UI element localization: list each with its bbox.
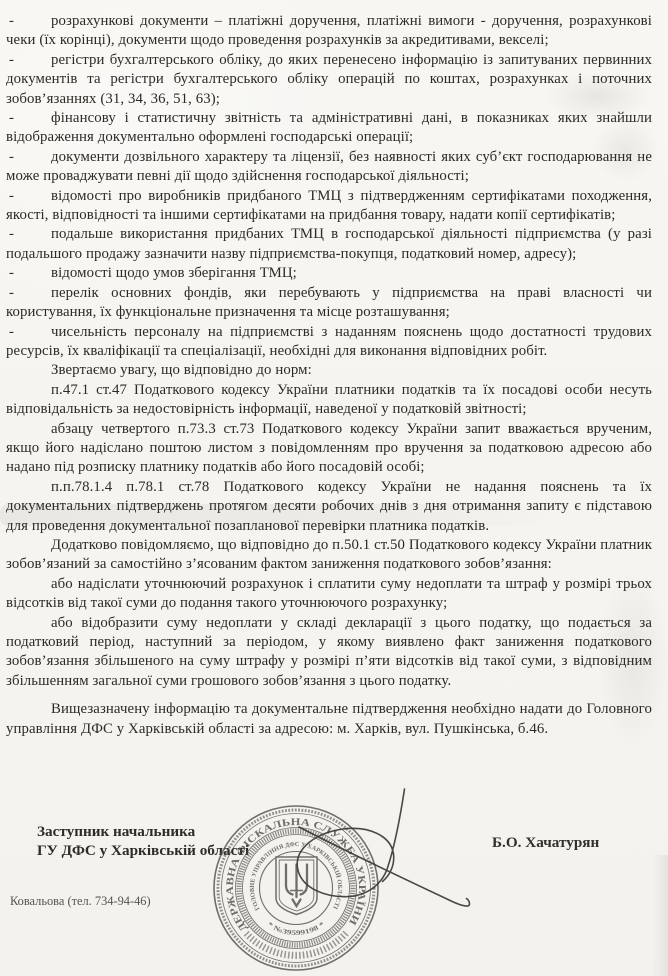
bullet-text: подальше використання придбаних ТМЦ в го… — [6, 226, 652, 261]
bullet-text: перелік основних фондів, яки перебувають… — [6, 285, 652, 320]
letter-body: -розрахункові документи – платіжні доруч… — [6, 12, 652, 739]
bullet-item: -фінансову і статистичну звітність та ад… — [6, 109, 652, 148]
tryzub-emblem-icon — [276, 857, 317, 915]
stamp-bottom-ornament — [246, 933, 346, 955]
bullet-dash: - — [9, 225, 14, 244]
scanned-letter-page: -розрахункові документи – платіжні доруч… — [0, 0, 668, 976]
bullet-dash: - — [9, 109, 14, 128]
bullet-dash: - — [9, 187, 14, 206]
bullet-text: документи дозвільного характеру та ліцен… — [6, 149, 652, 184]
bullet-item: -документи дозвільного характеру та ліце… — [6, 148, 652, 187]
paragraph: або відобразити суму недоплати у складі … — [6, 614, 652, 692]
bullet-item: -розрахункові документи – платіжні доруч… — [6, 12, 652, 51]
paragraph: абзацу четвертого п.73.3 ст.73 Податково… — [6, 420, 652, 478]
scan-edge-shadow — [652, 855, 668, 976]
bullet-text: відомості щодо умов зберігання ТМЦ; — [51, 265, 297, 281]
signer-title-line2: ГУ ДФС у Харківській області — [37, 842, 249, 861]
bullet-dash: - — [9, 148, 14, 167]
bullet-dash: - — [9, 51, 14, 70]
bullet-item: -подальше використання придбаних ТМЦ в г… — [6, 225, 652, 264]
contact-note: Ковальова (тел. 734-94-46) — [10, 894, 151, 909]
signer-title-line1: Заступник начальника — [37, 823, 249, 842]
bullet-dash: - — [9, 264, 14, 283]
bullet-text: чисельність персоналу на підприємстві з … — [6, 324, 652, 359]
closing-paragraph: Вищезазначену інформацію та документальн… — [6, 700, 652, 739]
bullet-item: -відомості про виробників придбаного ТМЦ… — [6, 187, 652, 226]
bullet-text: регістри бухгалтерського обліку, до яких… — [6, 52, 652, 107]
bullet-dash: - — [9, 284, 14, 303]
paragraph: Додатково повідомляємо, що відповідно до… — [6, 536, 652, 575]
bullet-item: -регістри бухгалтерського обліку, до яки… — [6, 51, 652, 109]
bullet-dash: - — [9, 12, 14, 31]
handwritten-signature — [297, 789, 469, 906]
stamp-inner-ring-text: ГОЛОВНЕ УПРАВЛІННЯ ДФС У ХАРКІВСЬКІЙ ОБЛ… — [249, 841, 343, 911]
signer-title: Заступник начальника ГУ ДФС у Харківські… — [37, 823, 249, 860]
paragraph: Звертаємо увагу, що відповідно до норм: — [6, 361, 652, 380]
paragraph: п.47.1 ст.47 Податкового кодексу України… — [6, 381, 652, 420]
bullet-item: -чисельність персоналу на підприємстві з… — [6, 323, 652, 362]
bullet-text: відомості про виробників придбаного ТМЦ … — [6, 188, 652, 223]
bullet-text: фінансову і статистичну звітність та адм… — [6, 110, 652, 145]
bullet-text: розрахункові документи – платіжні доруче… — [6, 13, 652, 48]
signer-name: Б.О. Хачатурян — [492, 834, 599, 852]
bullet-dash: - — [9, 323, 14, 342]
stamp-registration-number: * №39599198 * — [266, 921, 327, 938]
bullet-item: -відомості щодо умов зберігання ТМЦ; — [6, 264, 652, 283]
bullet-item: -перелік основних фондів, яки перебувают… — [6, 284, 652, 323]
paragraph: п.п.78.1.4 п.78.1 ст.78 Податкового коде… — [6, 478, 652, 536]
paragraph: або надіслати уточнюючий розрахунок і сп… — [6, 575, 652, 614]
